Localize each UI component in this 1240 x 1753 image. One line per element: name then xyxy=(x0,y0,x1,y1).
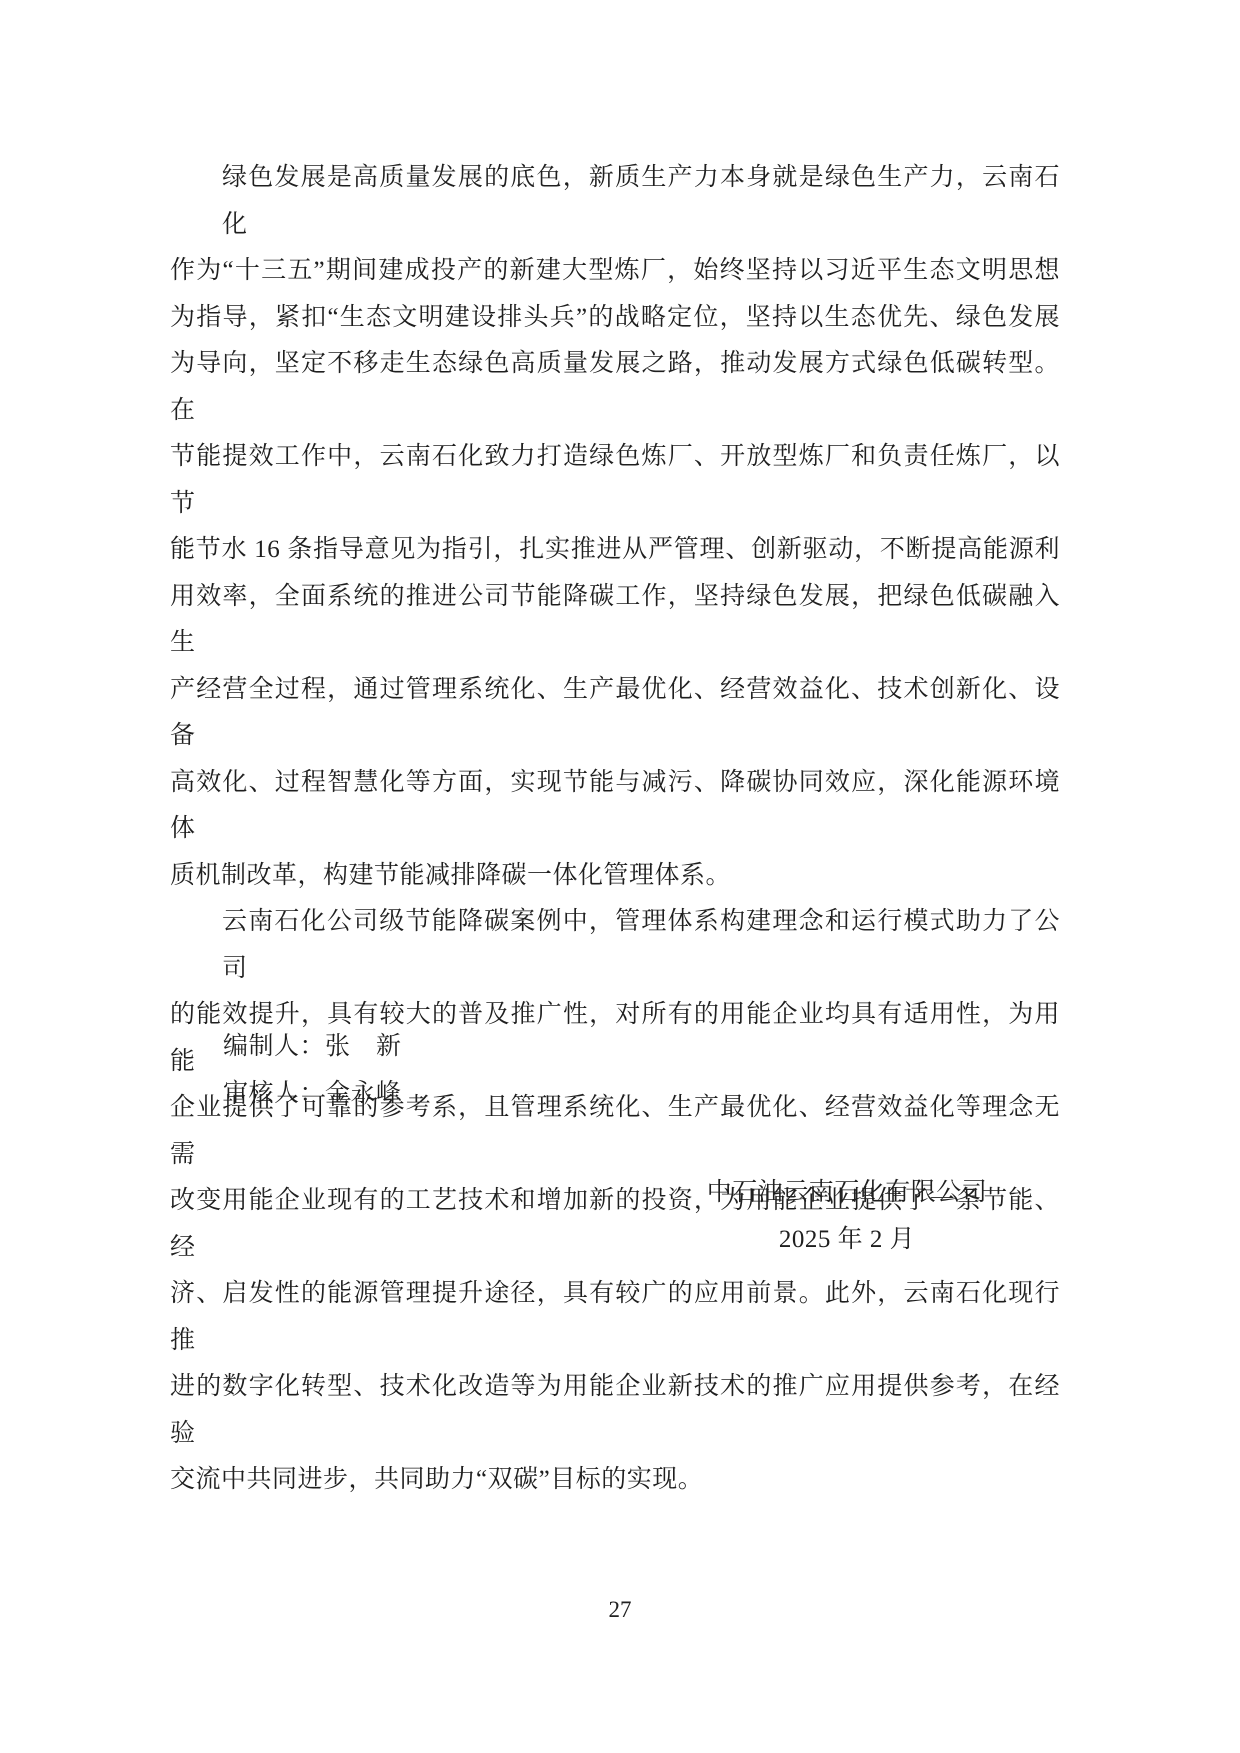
paragraph-line: 作为“十三五”期间建成投产的新建大型炼厂，始终坚持以习近平生态文明思想 xyxy=(170,248,1060,295)
paragraph-line: 质机制改革，构建节能减排降碳一体化管理体系。 xyxy=(170,853,1060,900)
page-number: 27 xyxy=(0,1596,1240,1624)
paragraph-line: 交流中共同进步，共同助力“双碳”目标的实现。 xyxy=(170,1457,1060,1504)
paragraph-line: 为指导，紧扣“生态文明建设排头兵”的战略定位，坚持以生态优先、绿色发展 xyxy=(170,295,1060,342)
paragraph-1: 绿色发展是高质量发展的底色，新质生产力本身就是绿色生产力，云南石化 作为“十三五… xyxy=(170,155,1060,899)
paragraph-line: 能节水 16 条指导意见为指引，扎实推进从严管理、创新驱动，不断提高能源利 xyxy=(170,527,1060,574)
paragraph-line: 进的数字化转型、技术化改造等为用能企业新技术的推广应用提供参考，在经验 xyxy=(170,1364,1060,1457)
paragraph-line: 云南石化公司级节能降碳案例中，管理体系构建理念和运行模式助力了公司 xyxy=(170,899,1060,992)
signature-block: 编制人：张 新 审核人：金永峰 xyxy=(170,1024,402,1117)
body-text: 绿色发展是高质量发展的底色，新质生产力本身就是绿色生产力，云南石化 作为“十三五… xyxy=(170,155,1060,1504)
paragraph-line: 用效率，全面系统的推进公司节能降碳工作，坚持绿色发展，把绿色低碳融入生 xyxy=(170,574,1060,667)
document-date: 2025 年 2 月 xyxy=(705,1217,989,1264)
paragraph-line: 节能提效工作中，云南石化致力打造绿色炼厂、开放型炼厂和负责任炼厂，以节 xyxy=(170,434,1060,527)
reviewer-line: 审核人：金永峰 xyxy=(170,1071,402,1118)
paragraph-line: 产经营全过程，通过管理系统化、生产最优化、经营效益化、技术创新化、设备 xyxy=(170,667,1060,760)
paragraph-line: 高效化、过程智慧化等方面，实现节能与减污、降碳协同效应，深化能源环境体 xyxy=(170,760,1060,853)
paragraph-line: 绿色发展是高质量发展的底色，新质生产力本身就是绿色生产力，云南石化 xyxy=(170,155,1060,248)
document-page: 绿色发展是高质量发展的底色，新质生产力本身就是绿色生产力，云南石化 作为“十三五… xyxy=(0,0,1240,1753)
company-date-block: 中石油云南石化有限公司 2025 年 2 月 xyxy=(705,1170,989,1263)
compiler-line: 编制人：张 新 xyxy=(170,1024,402,1071)
company-name: 中石油云南石化有限公司 xyxy=(705,1170,989,1217)
paragraph-line: 为导向，坚定不移走生态绿色高质量发展之路，推动发展方式绿色低碳转型。在 xyxy=(170,341,1060,434)
paragraph-line: 济、启发性的能源管理提升途径，具有较广的应用前景。此外，云南石化现行推 xyxy=(170,1271,1060,1364)
